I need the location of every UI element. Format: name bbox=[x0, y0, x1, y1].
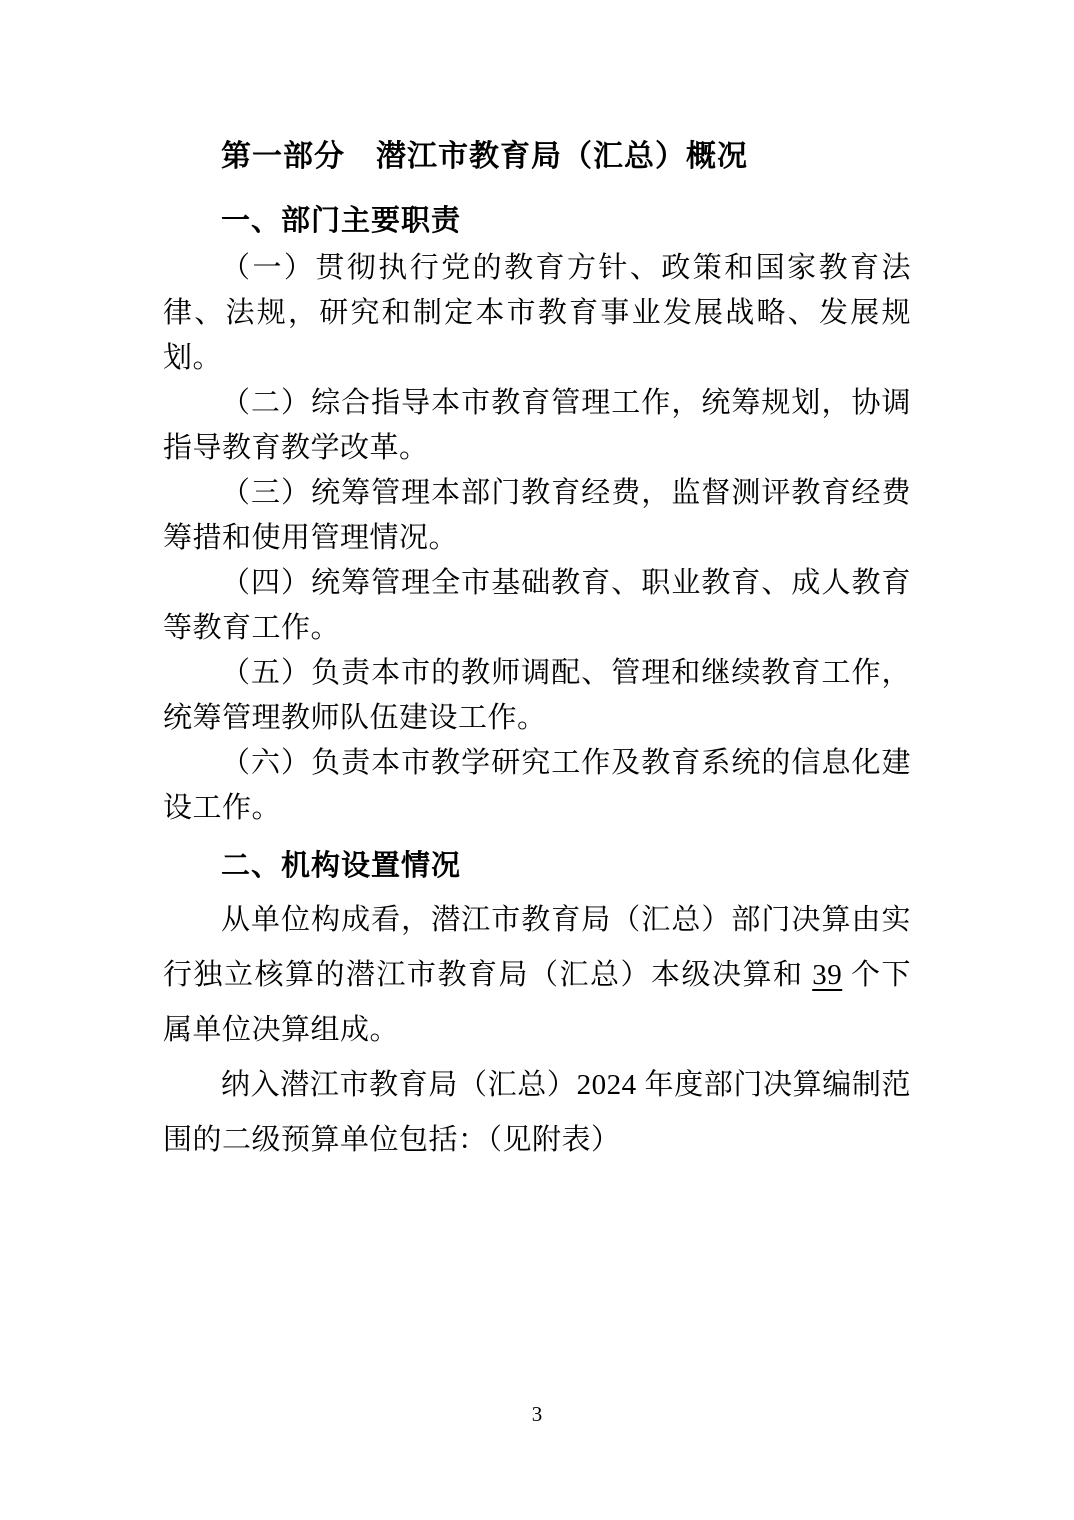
duty-paragraph-5: （五）负责本市的教师调配、管理和继续教育工作，统筹管理教师队伍建设工作。 bbox=[163, 651, 911, 741]
section-main-duties: 一、部门主要职责 （一）贯彻执行党的教育方针、政策和国家教育法律、法规，研究和制… bbox=[163, 202, 911, 831]
section-2-heading: 二、机构设置情况 bbox=[163, 847, 911, 885]
document-content: 第一部分 潜江市教育局（汇总）概况 一、部门主要职责 （一）贯彻执行党的教育方针… bbox=[163, 138, 911, 1168]
page-number: 3 bbox=[0, 1400, 1074, 1428]
duty-paragraph-3: （三）统筹管理本部门教育经费，监督测评教育经费筹措和使用管理情况。 bbox=[163, 471, 911, 561]
duty-paragraph-1: （一）贯彻执行党的教育方针、政策和国家教育法律、法规，研究和制定本市教育事业发展… bbox=[163, 246, 911, 381]
duty-paragraph-2: （二）综合指导本市教育管理工作，统筹规划，协调指导教育教学改革。 bbox=[163, 381, 911, 471]
section-1-heading: 一、部门主要职责 bbox=[163, 202, 911, 240]
duty-paragraph-4: （四）统筹管理全市基础教育、职业教育、成人教育等教育工作。 bbox=[163, 561, 911, 651]
duty-paragraph-6: （六）负责本市教学研究工作及教育系统的信息化建设工作。 bbox=[163, 741, 911, 831]
underlined-subordinate-unit-count: 39 bbox=[812, 959, 842, 991]
composition-text-before: 从单位构成看，潜江市教育局（汇总）部门决算由实行独立核算的潜江市教育局（汇总）本… bbox=[163, 904, 911, 991]
document-page: 第一部分 潜江市教育局（汇总）概况 一、部门主要职责 （一）贯彻执行党的教育方针… bbox=[0, 0, 1074, 1520]
section-organization-setup: 二、机构设置情况 从单位构成看，潜江市教育局（汇总）部门决算由实行独立核算的潜江… bbox=[163, 847, 911, 1168]
scope-paragraph: 纳入潜江市教育局（汇总）2024 年度部门决算编制范围的二级预算单位包括：（见附… bbox=[163, 1058, 911, 1168]
composition-paragraph: 从单位构成看，潜江市教育局（汇总）部门决算由实行独立核算的潜江市教育局（汇总）本… bbox=[163, 893, 911, 1058]
document-title: 第一部分 潜江市教育局（汇总）概况 bbox=[163, 138, 911, 176]
